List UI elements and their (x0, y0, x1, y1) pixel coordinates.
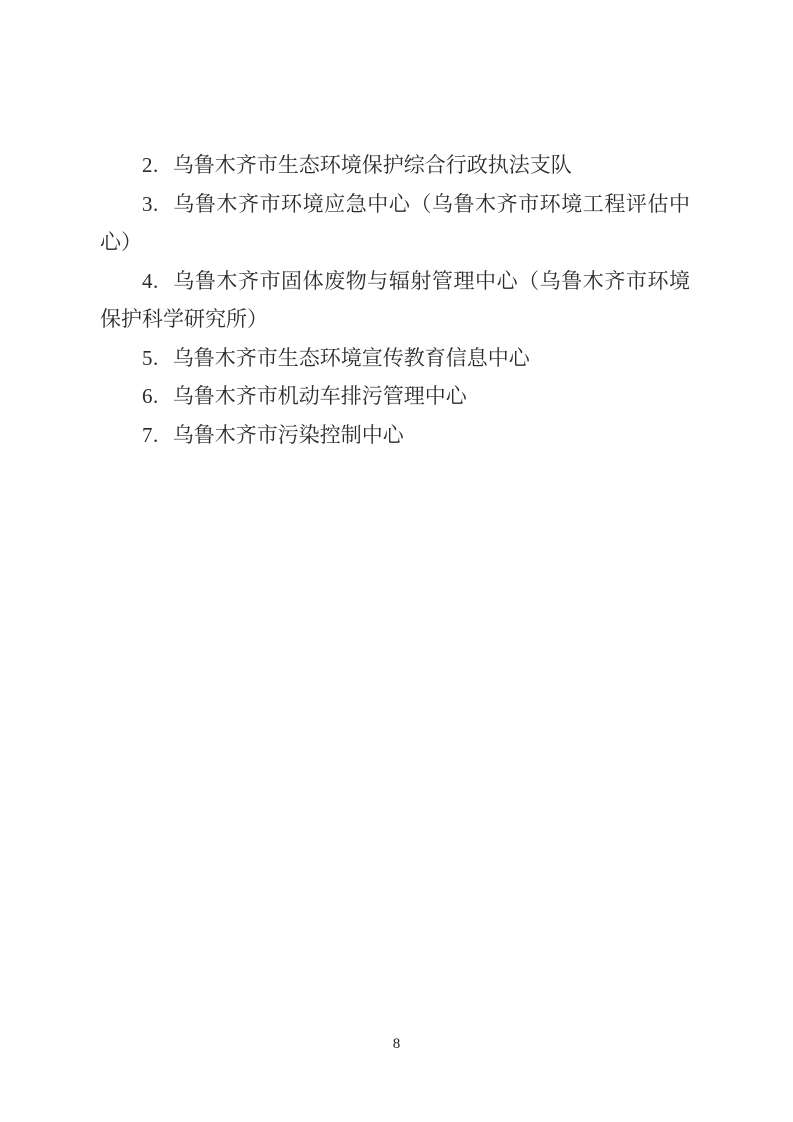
list-item-number: 5. (142, 339, 159, 378)
list-item: 7.乌鲁木齐市污染控制中心 (100, 416, 690, 455)
list-item: 6.乌鲁木齐市机动车排污管理中心 (100, 377, 690, 416)
list-item: 4.乌鲁木齐市固体废物与辐射管理中心（乌鲁木齐市环境保护科学研究所） (100, 262, 690, 339)
list-item-number: 6. (142, 377, 159, 416)
list-item: 5.乌鲁木齐市生态环境宣传教育信息中心 (100, 339, 690, 378)
list-item-text: 乌鲁木齐市生态环境保护综合行政执法支队 (173, 153, 572, 177)
list-item-text: 乌鲁木齐市固体废物与辐射管理中心（乌鲁木齐市环境保护科学研究所） (100, 269, 690, 332)
list-item: 2.乌鲁木齐市生态环境保护综合行政执法支队 (100, 146, 690, 185)
list-item-number: 2. (142, 146, 159, 185)
page-number: 8 (0, 1034, 793, 1054)
list-item-text: 乌鲁木齐市污染控制中心 (173, 423, 404, 447)
list-item-text: 乌鲁木齐市机动车排污管理中心 (173, 384, 467, 408)
document-sheet: 2.乌鲁木齐市生态环境保护综合行政执法支队 3.乌鲁木齐市环境应急中心（乌鲁木齐… (0, 0, 793, 1122)
list-item-number: 7. (142, 416, 159, 455)
list-item-text: 乌鲁木齐市生态环境宣传教育信息中心 (173, 346, 530, 370)
list-item-text: 乌鲁木齐市环境应急中心（乌鲁木齐市环境工程评估中心） (100, 192, 690, 255)
list-item-number: 3. (142, 185, 159, 224)
numbered-list: 2.乌鲁木齐市生态环境保护综合行政执法支队 3.乌鲁木齐市环境应急中心（乌鲁木齐… (100, 146, 690, 454)
list-item: 3.乌鲁木齐市环境应急中心（乌鲁木齐市环境工程评估中心） (100, 185, 690, 262)
list-item-number: 4. (142, 262, 159, 301)
document-page: { "page": { "background_color": "#ffffff… (0, 0, 793, 1122)
